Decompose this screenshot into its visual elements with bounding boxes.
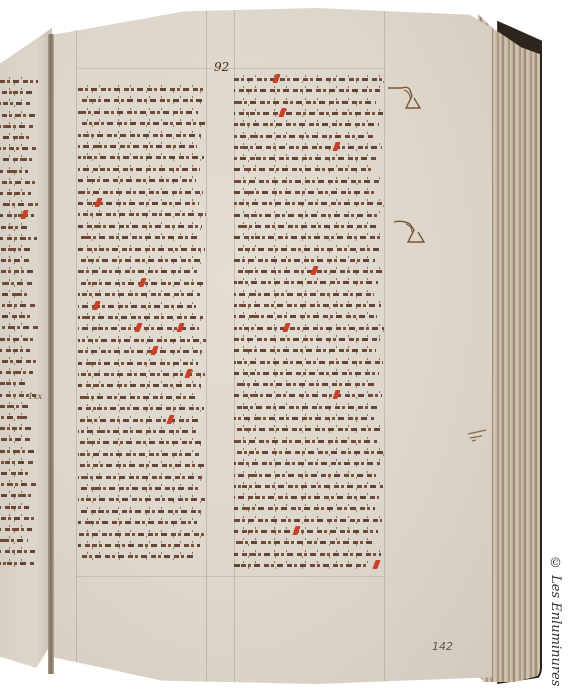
script-line — [234, 349, 376, 352]
script-line — [234, 462, 380, 465]
script-line — [234, 361, 383, 364]
script-line — [234, 259, 375, 262]
marginal-mark-icon — [466, 428, 490, 444]
script-line — [0, 450, 38, 453]
watermark-text: © Les Enluminures — [548, 556, 563, 686]
script-line — [78, 168, 200, 171]
script-line — [78, 384, 201, 387]
script-line — [234, 428, 381, 431]
manuscript-photo: 1xx 92 142 © Les Enluminures — [0, 0, 580, 692]
script-line — [234, 78, 384, 81]
script-line — [234, 89, 380, 92]
script-line — [234, 485, 383, 488]
text-column-b — [234, 78, 384, 578]
script-line — [234, 123, 379, 126]
script-line — [0, 80, 38, 83]
script-line — [234, 112, 383, 115]
script-line — [234, 440, 377, 443]
script-line — [234, 327, 384, 330]
script-line — [78, 339, 206, 342]
script-line — [78, 236, 198, 239]
script-line — [78, 293, 200, 296]
script-line — [234, 146, 382, 149]
script-line — [0, 170, 28, 173]
script-line — [78, 225, 202, 228]
script-line — [0, 338, 34, 341]
script-line — [234, 519, 382, 522]
script-line — [0, 304, 35, 307]
script-line — [0, 517, 36, 520]
ruling-line — [76, 68, 386, 69]
script-line — [0, 349, 30, 352]
script-line — [78, 88, 206, 91]
script-line — [234, 101, 376, 104]
script-line — [0, 125, 33, 128]
script-line — [234, 394, 382, 397]
script-line — [0, 282, 32, 285]
script-line — [78, 145, 197, 148]
script-line — [234, 157, 378, 160]
script-line — [234, 304, 381, 307]
script-line — [78, 134, 201, 137]
script-line — [234, 338, 380, 341]
script-line — [0, 192, 31, 195]
script-line — [78, 498, 205, 501]
script-line — [78, 510, 201, 513]
verso-text-block — [0, 80, 40, 570]
script-line — [78, 396, 197, 399]
script-line — [78, 544, 200, 547]
script-line — [78, 362, 198, 365]
script-line — [234, 281, 378, 284]
script-line — [78, 407, 204, 410]
script-line — [78, 419, 200, 422]
script-line — [78, 453, 199, 456]
script-line — [234, 214, 380, 217]
script-line — [0, 181, 35, 184]
script-line — [0, 147, 36, 150]
script-line — [78, 464, 206, 467]
script-line — [0, 248, 33, 251]
script-line — [78, 430, 196, 433]
script-line — [0, 326, 38, 329]
script-line — [0, 158, 32, 161]
script-line — [234, 507, 375, 510]
script-line — [234, 191, 377, 194]
recto-page — [52, 8, 492, 684]
script-line — [0, 237, 37, 240]
script-line — [0, 214, 34, 217]
script-line — [78, 191, 203, 194]
script-line — [78, 122, 205, 125]
script-line — [234, 530, 378, 533]
script-line — [78, 555, 193, 558]
script-line — [234, 202, 384, 205]
script-line — [234, 315, 377, 318]
text-column-a — [78, 88, 208, 568]
script-line — [78, 533, 204, 536]
gutter — [48, 34, 54, 674]
script-line — [0, 270, 36, 273]
script-line — [0, 360, 37, 363]
script-line — [234, 496, 379, 499]
script-line — [78, 441, 203, 444]
script-line — [78, 111, 198, 114]
script-line — [0, 226, 30, 229]
script-line — [234, 135, 375, 138]
script-line — [234, 248, 379, 251]
script-line — [78, 521, 197, 524]
script-line — [234, 383, 375, 386]
ruling-line — [384, 8, 385, 684]
script-line — [234, 564, 369, 567]
verso-page — [0, 28, 52, 668]
script-line — [0, 91, 34, 94]
copyright-watermark: © Les Enluminures — [548, 556, 572, 686]
script-line — [234, 180, 381, 183]
script-line — [234, 451, 384, 454]
script-line — [0, 494, 33, 497]
script-line — [0, 550, 35, 553]
script-line — [234, 406, 378, 409]
folio-number-bottom: 142 — [432, 640, 453, 653]
script-line — [0, 382, 29, 385]
script-line — [0, 371, 33, 374]
script-line — [0, 315, 31, 318]
script-line — [0, 102, 30, 105]
script-line — [234, 417, 374, 420]
script-line — [0, 293, 28, 296]
script-line — [0, 506, 29, 509]
script-line — [0, 259, 29, 262]
script-line — [234, 236, 383, 239]
script-line — [78, 350, 202, 353]
script-line — [78, 316, 203, 319]
manicule-icon — [392, 218, 428, 248]
script-line — [0, 427, 35, 430]
script-line — [234, 293, 374, 296]
script-line — [234, 553, 381, 556]
script-line — [0, 461, 34, 464]
script-line — [78, 213, 206, 216]
script-line — [0, 528, 32, 531]
script-line — [78, 487, 198, 490]
script-line — [78, 99, 202, 102]
script-line — [78, 259, 201, 262]
script-line — [234, 225, 376, 228]
script-line — [0, 203, 38, 206]
script-line — [0, 562, 34, 565]
script-line — [0, 483, 37, 486]
script-line — [234, 372, 379, 375]
script-line — [234, 474, 376, 477]
script-line — [234, 168, 374, 171]
script-line — [78, 270, 197, 273]
script-line — [0, 405, 32, 408]
verso-margin-note: 1xx — [28, 392, 42, 401]
folio-number-top: 92 — [214, 60, 229, 74]
script-line — [0, 539, 28, 542]
script-line — [78, 156, 204, 159]
script-line — [0, 136, 29, 139]
script-line — [0, 416, 28, 419]
script-line — [78, 248, 205, 251]
manicule-icon — [386, 82, 422, 112]
script-line — [234, 541, 374, 544]
script-line — [78, 179, 196, 182]
rubrication-mark — [372, 560, 380, 569]
script-line — [0, 438, 31, 441]
ruling-line — [76, 8, 77, 684]
script-line — [234, 270, 382, 273]
script-line — [0, 472, 30, 475]
script-line — [78, 476, 202, 479]
script-line — [0, 114, 37, 117]
